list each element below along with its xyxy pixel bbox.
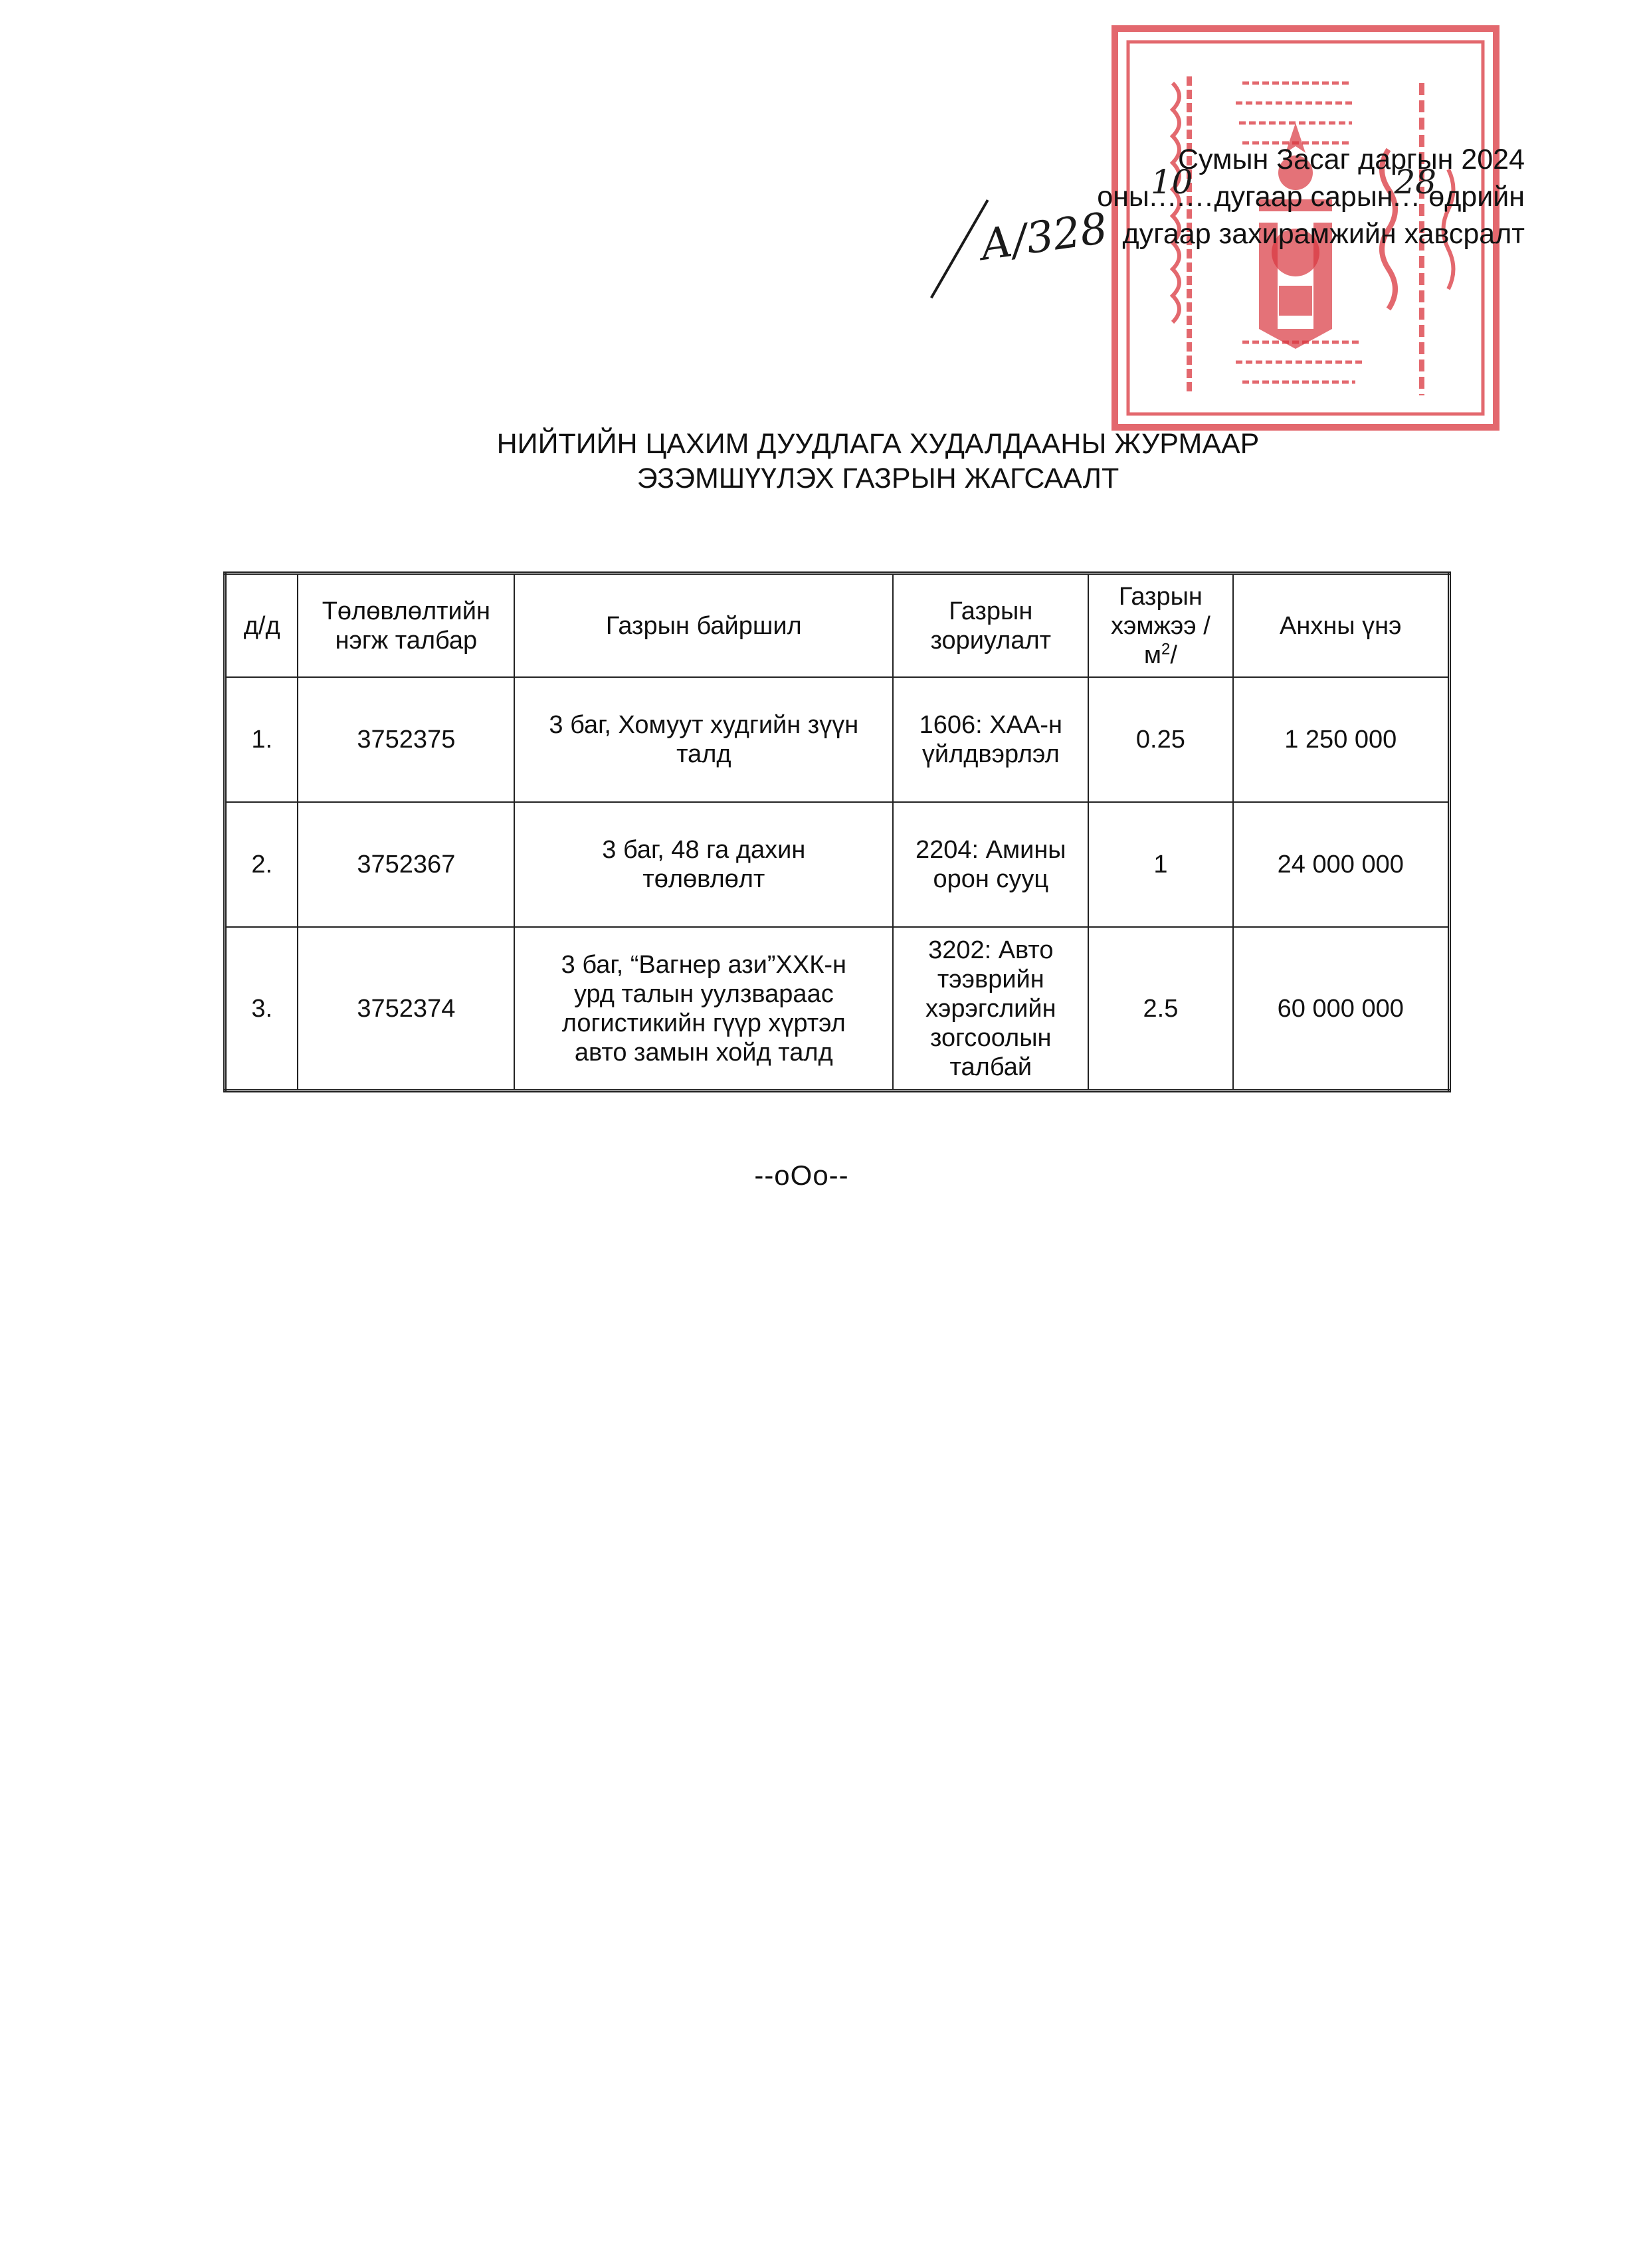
cell-size: 1 bbox=[1088, 802, 1232, 927]
cell-location: 3 баг, Хомуут худгийн зүүн талд bbox=[514, 677, 893, 802]
end-of-document-mark: --oOo-- bbox=[0, 1160, 1643, 1191]
cell-unit: 3752374 bbox=[298, 927, 514, 1091]
cell-purpose: 1606: ХАА-н үйлдвэрлэл bbox=[893, 677, 1088, 802]
header-size-label: Газрын хэмжээ /м bbox=[1111, 583, 1210, 669]
table-row: 1. 3752375 3 баг, Хомуут худгийн зүүн та… bbox=[225, 677, 1450, 802]
cell-purpose: 2204: Амины орон сууц bbox=[893, 802, 1088, 927]
cell-price: 1 250 000 bbox=[1233, 677, 1450, 802]
handwritten-order-number: А/328 bbox=[977, 204, 1111, 270]
cell-no: 2. bbox=[225, 802, 298, 927]
header-line-2: оны.......10дугаар сарын...28 өдрийн bbox=[1097, 178, 1525, 215]
header-day-text: өдрийн bbox=[1428, 181, 1525, 213]
header-location: Газрын байршил bbox=[514, 573, 893, 678]
header-size-sup: 2 bbox=[1161, 640, 1170, 658]
header-price: Анхны үнэ bbox=[1233, 573, 1450, 678]
cell-price: 60 000 000 bbox=[1233, 927, 1450, 1091]
cell-no: 3. bbox=[225, 927, 298, 1091]
header-purpose: Газрын зориулалт bbox=[893, 573, 1088, 678]
title-line-1: НИЙТИЙН ЦАХИМ ДУУДЛАГА ХУДАЛДААНЫ ЖУРМАА… bbox=[56, 427, 1643, 461]
handwritten-slash-mark bbox=[930, 199, 989, 298]
header-no: д/д bbox=[225, 573, 298, 678]
header-size: Газрын хэмжээ /м2/ bbox=[1088, 573, 1232, 678]
cell-size: 0.25 bbox=[1088, 677, 1232, 802]
cell-no: 1. bbox=[225, 677, 298, 802]
header-line-3: дугаар захирамжийн хавсралт bbox=[1097, 215, 1525, 253]
document-title: НИЙТИЙН ЦАХИМ ДУУДЛАГА ХУДАЛДААНЫ ЖУРМАА… bbox=[0, 427, 1643, 496]
header-month-text: дугаар сарын bbox=[1214, 181, 1393, 213]
header-unit: Төлөвлөлтийн нэгж талбар bbox=[298, 573, 514, 678]
table-header-row: д/д Төлөвлөлтийн нэгж талбар Газрын байр… bbox=[225, 573, 1450, 678]
cell-size: 2.5 bbox=[1088, 927, 1232, 1091]
handwritten-month-value: 10 bbox=[1151, 163, 1193, 201]
table-row: 2. 3752367 3 баг, 48 га дахин төлөвлөлт … bbox=[225, 802, 1450, 927]
header-year-suffix: оны bbox=[1097, 181, 1149, 213]
cell-unit: 3752375 bbox=[298, 677, 514, 802]
end-mark-text: --oOo-- bbox=[754, 1160, 848, 1191]
title-line-2: ЭЗЭМШҮҮЛЭХ ГАЗРЫН ЖАГСААЛТ bbox=[56, 461, 1643, 496]
handwritten-day-value: 28 bbox=[1394, 163, 1436, 201]
cell-unit: 3752367 bbox=[298, 802, 514, 927]
handwritten-month: .......10 bbox=[1149, 178, 1214, 215]
table-row: 3. 3752374 3 баг, “Вагнер ази”ХХК-н урд … bbox=[225, 927, 1450, 1091]
attachment-header: Сумын Засаг даргын 2024 оны.......10дуга… bbox=[1097, 141, 1525, 253]
header-size-end: / bbox=[1170, 641, 1177, 669]
cell-price: 24 000 000 bbox=[1233, 802, 1450, 927]
cell-location: 3 баг, 48 га дахин төлөвлөлт bbox=[514, 802, 893, 927]
cell-location: 3 баг, “Вагнер ази”ХХК-н урд талын уулзв… bbox=[514, 927, 893, 1091]
land-list-table: д/д Төлөвлөлтийн нэгж талбар Газрын байр… bbox=[223, 571, 1451, 1092]
handwritten-day: ...28 bbox=[1393, 178, 1420, 215]
cell-purpose: 3202: Авто тээврийн хэрэгслийн зогсоолын… bbox=[893, 927, 1088, 1091]
land-list-table-container: д/д Төлөвлөлтийн нэгж талбар Газрын байр… bbox=[223, 571, 1451, 1092]
